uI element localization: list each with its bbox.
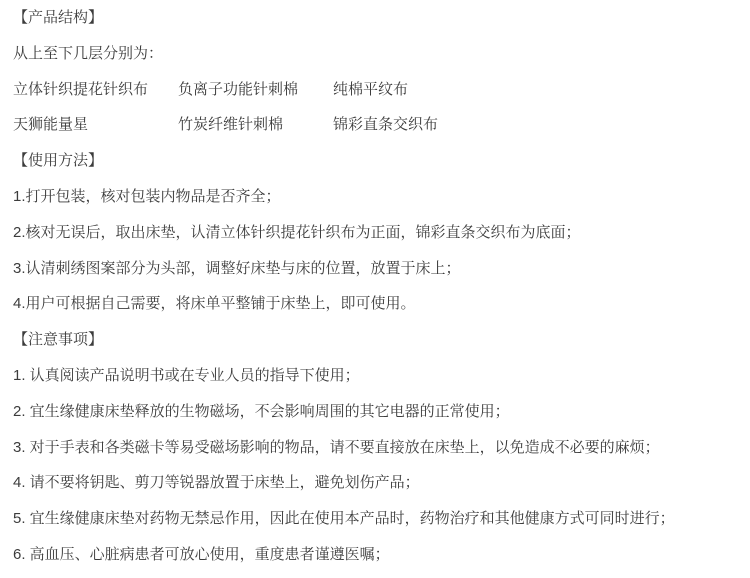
layer-cell: 锦彩直条交织布 — [333, 117, 438, 132]
structure-intro: 从上至下几层分别为： — [13, 46, 750, 61]
precaution-item: 3. 对于手表和各类磁卡等易受磁场影响的物品，请不要直接放在床垫上，以免造成不必… — [13, 440, 750, 455]
layer-cell: 纯棉平纹布 — [333, 82, 408, 97]
layer-cell: 天狮能量星 — [13, 117, 178, 132]
usage-section-title: 【使用方法】 — [13, 153, 750, 168]
layer-cell: 竹炭纤维针刺棉 — [178, 117, 333, 132]
usage-step: 2.核对无误后，取出床垫，认清立体针织提花针织布为正面，锦彩直条交织布为底面； — [13, 225, 750, 240]
precaution-item: 6. 高血压、心脏病患者可放心使用，重度患者谨遵医嘱； — [13, 547, 750, 562]
precaution-item: 2. 宜生缘健康床垫释放的生物磁场，不会影响周围的其它电器的正常使用； — [13, 404, 750, 419]
product-description: 【产品结构】 从上至下几层分别为： 立体针织提花针织布负离子功能针刺棉纯棉平纹布… — [0, 0, 750, 562]
layer-row: 立体针织提花针织布负离子功能针刺棉纯棉平纹布 — [13, 82, 750, 97]
usage-step: 3.认清刺绣图案部分为头部，调整好床垫与床的位置，放置于床上； — [13, 261, 750, 276]
precaution-item: 4. 请不要将钥匙、剪刀等锐器放置于床垫上，避免划伤产品； — [13, 475, 750, 490]
layer-row: 天狮能量星竹炭纤维针刺棉锦彩直条交织布 — [13, 117, 750, 132]
structure-section-title: 【产品结构】 — [13, 10, 750, 25]
layer-cell: 负离子功能针刺棉 — [178, 82, 333, 97]
precaution-item: 5. 宜生缘健康床垫对药物无禁忌作用，因此在使用本产品时，药物治疗和其他健康方式… — [13, 511, 750, 526]
usage-step: 1.打开包装，核对包装内物品是否齐全； — [13, 189, 750, 204]
layer-cell: 立体针织提花针织布 — [13, 82, 178, 97]
precaution-item: 1. 认真阅读产品说明书或在专业人员的指导下使用； — [13, 368, 750, 383]
precautions-section-title: 【注意事项】 — [13, 332, 750, 347]
usage-step: 4.用户可根据自己需要，将床单平整铺于床垫上，即可使用。 — [13, 296, 750, 311]
